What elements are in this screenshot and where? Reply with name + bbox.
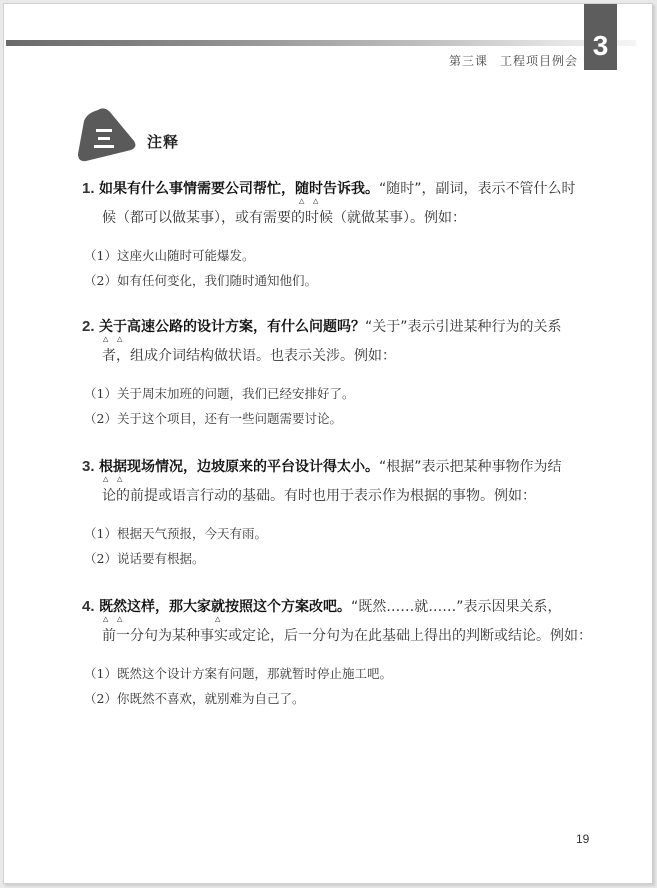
triangle-badge-icon [76,107,138,163]
explanation: “既然……就……”表示因果关系， [351,599,562,615]
explanation-continued: 前一分句为某种事实或定论，后一分句为在此基础上得出的判断或结论。例如： [82,623,597,649]
running-head: 第三课工程项目例会 [449,52,578,69]
explanation: “随时”，副词，表示不管什么时 [379,181,576,197]
textbook-page: 第三课工程项目例会 3 注释 1. 如果有什么事情需要公司帮忙，随时告诉我。“随… [3,3,653,884]
emphasized-word: 关于 [99,319,127,335]
key-sentence: 根据现场情况，边坡原来的平台设计得太小。 [99,459,379,475]
section-badge [76,107,138,163]
explanation: “关于”表示引进某种行为的关系 [365,319,562,335]
example-item: （1）关于周末加班的问题，我们已经安排好了。 [84,381,597,406]
note-3: 3. 根据现场情况，边坡原来的平台设计得太小。“根据”表示把某种事物作为结 论的… [82,454,597,571]
example-item: （1）既然这个设计方案有问题，那就暂时停止施工吧。 [84,661,597,686]
example-item: （2）如有任何变化，我们随时通知他们。 [84,268,597,293]
lesson-title: 工程项目例会 [500,54,578,68]
note-2: 2. 关于高速公路的设计方案，有什么问题吗？“关于”表示引进某种行为的关系 者，… [82,314,597,431]
section-title: 注释 [147,131,179,152]
emphasized-word: 就 [211,599,225,615]
chapter-tab: 3 [584,4,617,70]
example-item: （2）关于这个项目，还有一些问题需要讨论。 [84,406,597,431]
explanation-continued: 者，组成介词结构做状语。也表示关涉。例如： [82,343,597,369]
explanation-continued: 候（都可以做某事），或有需要的时候（就做某事）。例如： [82,205,597,231]
key-sentence: 关于高速公路的设计方案，有什么问题吗？ [99,319,365,335]
examples-list: （1）这座火山随时可能爆发。 （2）如有任何变化，我们随时通知他们。 [82,243,597,293]
examples-list: （1）关于周末加班的问题，我们已经安排好了。 （2）关于这个项目，还有一些问题需… [82,381,597,431]
examples-list: （1）根据天气预报，今天有雨。 （2）说话要有根据。 [82,521,597,571]
example-item: （2）你既然不喜欢，就别难为自己了。 [84,686,597,711]
example-item: （2）说话要有根据。 [84,546,597,571]
emphasized-word: 随时 [295,181,323,197]
page-number: 19 [576,832,589,846]
emphasized-word: 根据 [99,459,127,475]
example-item: （1）这座火山随时可能爆发。 [84,243,597,268]
key-sentence: 既然这样，那大家就按照这个方案改吧。 [99,599,351,615]
explanation-continued: 论的前提或语言行动的基础。有时也用于表示作为根据的事物。例如： [82,483,597,509]
note-number: 1. [82,180,95,197]
note-1: 1. 如果有什么事情需要公司帮忙，随时告诉我。“随时”，副词，表示不管什么时 候… [82,176,597,293]
note-number: 4. [82,598,95,615]
header-gradient-bar [6,40,636,46]
example-item: （1）根据天气预报，今天有雨。 [84,521,597,546]
note-number: 2. [82,318,95,335]
explanation: “根据”表示把某种事物作为结 [379,459,562,475]
examples-list: （1）既然这个设计方案有问题，那就暂时停止施工吧。 （2）你既然不喜欢，就别难为… [82,661,597,711]
key-sentence: 如果有什么事情需要公司帮忙，随时告诉我。 [99,181,379,197]
lesson-label: 第三课 [449,54,488,68]
note-number: 3. [82,458,95,475]
emphasized-word: 既然 [99,599,127,615]
note-4: 4. 既然这样，那大家就按照这个方案改吧。“既然……就……”表示因果关系， 前一… [82,594,597,711]
